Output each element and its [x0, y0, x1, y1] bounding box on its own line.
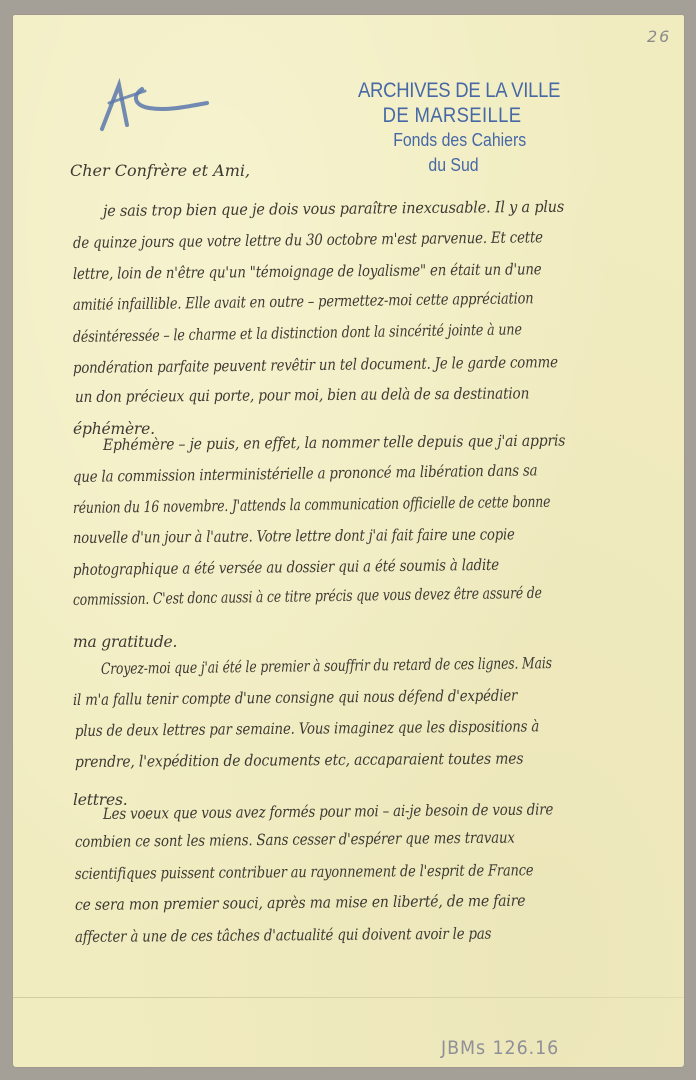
letter-greeting: Cher Confrère et Ami,	[70, 161, 250, 180]
letter-line: Ephémère – je puis, en effet, la nommer …	[103, 432, 565, 454]
letter-line: amitié infaillible. Elle avait en outre …	[73, 289, 534, 314]
letter-line: commission. C'est donc aussi à ce titre …	[73, 584, 542, 609]
letter-line: que la commission interministérielle a p…	[73, 461, 538, 486]
archive-stamp: ARCHIVES DE LA VILLE DE MARSEILLE Fonds …	[358, 78, 578, 178]
stamp-line-3: Fonds des Cahiers	[393, 128, 578, 153]
letter-line: plus de deux lettres par semaine. Vous i…	[75, 717, 539, 740]
letter-line: il m'a fallu tenir compte d'une consigne…	[73, 686, 517, 709]
letter-line: nouvelle d'un jour à l'autre. Votre lett…	[73, 525, 515, 547]
letter-line: réunion du 16 novembre. J'attends la com…	[73, 493, 550, 517]
letter-line: scientifiques puissent contribuer au ray…	[75, 861, 534, 883]
letter-line: je sais trop bien que je dois vous paraî…	[103, 198, 564, 220]
letter-line: prendre, l'expédition de documents etc, …	[75, 750, 523, 771]
paper-fold-line	[13, 997, 684, 998]
letter-line: ce sera mon premier souci, après ma mise…	[75, 892, 525, 914]
letter-line: lettre, loin de n'être qu'un "témoignage…	[73, 260, 542, 283]
letter-line: désintéressée – le charme et la distinct…	[73, 320, 522, 346]
letter-line: un don précieux qui porte, pour moi, bie…	[75, 384, 529, 406]
stamp-line-1: ARCHIVES DE LA VILLE	[358, 78, 578, 103]
letter-line: Les voeux que vous avez formés pour moi …	[103, 800, 553, 823]
letter-line: pondération parfaite peuvent revêtir un …	[73, 353, 558, 377]
stamp-line-2: DE MARSEILLE	[383, 103, 578, 128]
stamp-line-4: du Sud	[428, 153, 578, 178]
letter-line: affecter à une de ces tâches d'actualité…	[75, 925, 491, 946]
initials-ac-icon	[97, 77, 217, 137]
letter-line: photographique a été versée au dossier q…	[73, 556, 499, 579]
letter-line: Croyez-moi que j'ai été le premier à sou…	[101, 654, 552, 678]
page-number: 26	[647, 27, 671, 46]
letter-page: 26 ARCHIVES DE LA VILLE DE MARSEILLE Fon…	[13, 15, 684, 1067]
letter-line: de quinze jours que votre lettre du 30 o…	[73, 228, 543, 252]
letter-line: ma gratitude.	[73, 633, 177, 651]
shelfmark: JBMs 126.16	[441, 1037, 559, 1059]
letter-line: combien ce sont les miens. Sans cesser d…	[75, 829, 515, 851]
